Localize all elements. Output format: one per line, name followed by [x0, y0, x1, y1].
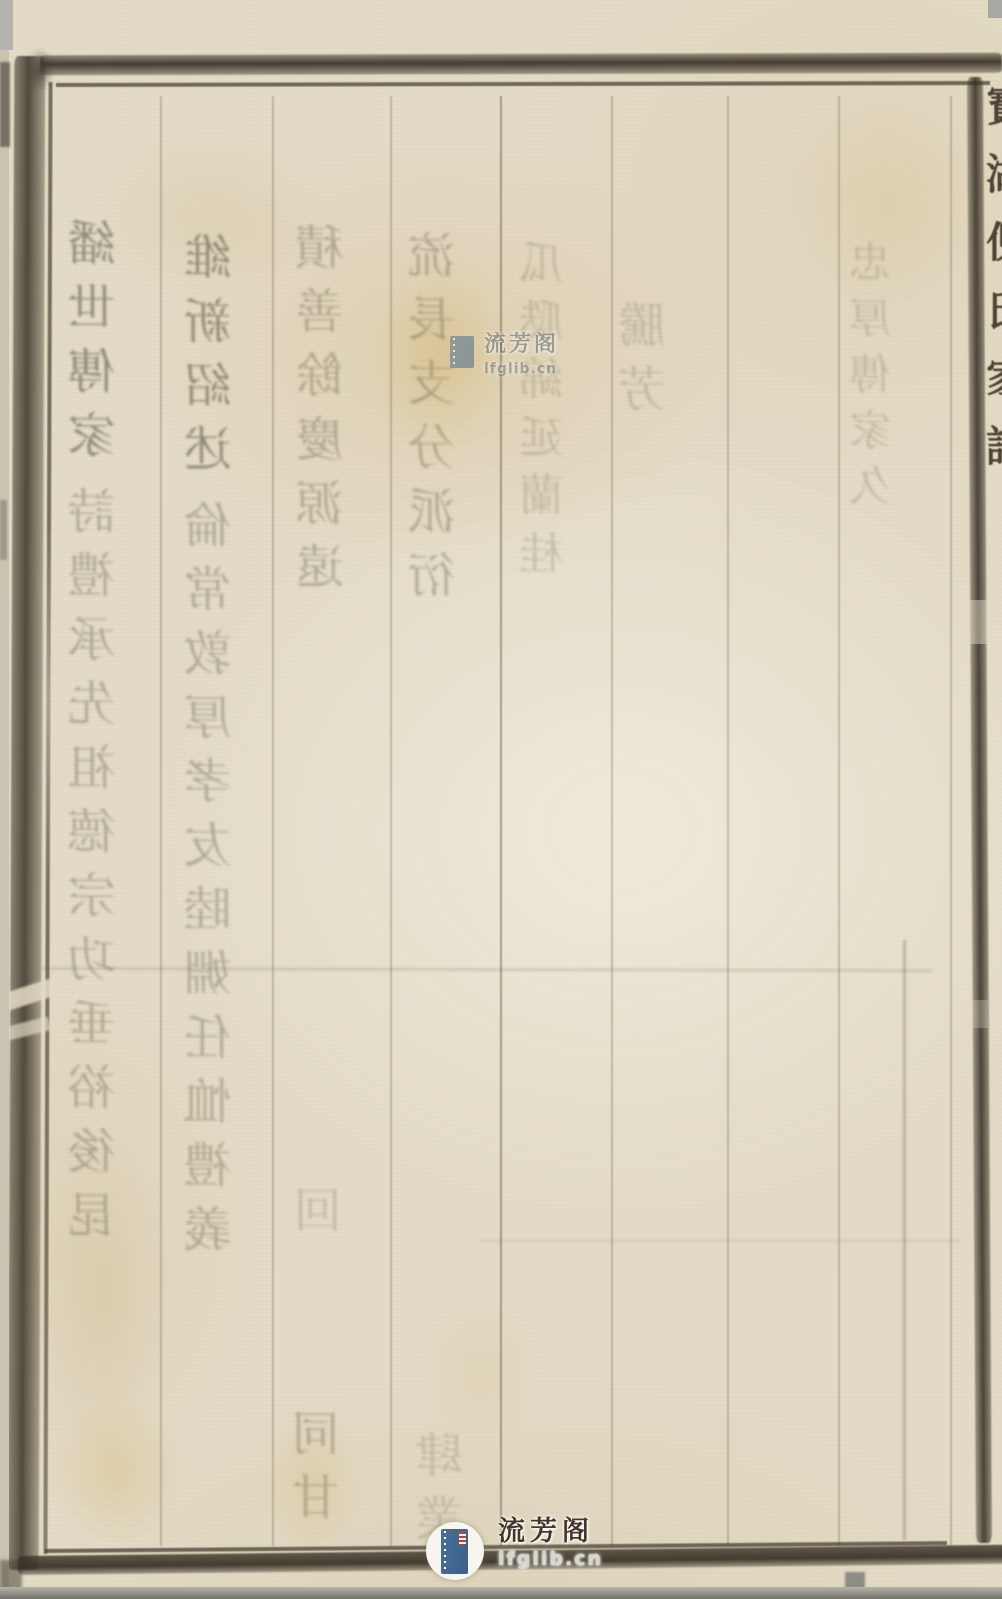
watermark-site-name: 流芳阁	[484, 334, 559, 356]
paper-stain	[52, 1395, 182, 1545]
column-rule-line	[611, 96, 613, 1546]
showthrough-text-column: 流長支分派衍	[412, 230, 460, 614]
watermark-circle-badge	[426, 1522, 484, 1580]
showthrough-text-column: 積善餘慶源遠	[300, 222, 348, 606]
watermark-site-name: 流芳阁	[498, 1518, 594, 1545]
book-spine-stitch	[453, 338, 455, 366]
watermark-site-domain: lfglib.cn	[484, 362, 557, 376]
book-title-label	[459, 1532, 466, 1545]
book-icon	[441, 1529, 468, 1574]
book-spine-title-text: 寶湖倪氏家譜	[983, 84, 1002, 492]
scan-edge-mark	[0, 62, 10, 147]
showthrough-text-column: 騰芳	[622, 300, 670, 428]
showthrough-text-column: 同甘	[296, 1408, 344, 1536]
column-rule-line	[727, 96, 729, 1546]
frame-border-left-outer	[8, 56, 46, 1570]
column-rule-line	[390, 96, 392, 1546]
book-spine-stitch	[444, 1531, 446, 1571]
scan-edge-mark	[0, 500, 7, 560]
showthrough-text-column: 忠厚傳家久	[852, 240, 894, 520]
showthrough-text-column: 瓜瓞綿延蘭桂	[524, 240, 568, 588]
frame-corner-hook	[26, 48, 54, 92]
column-rule-line	[838, 96, 840, 1546]
showthrough-text-column: 維新紹述	[188, 232, 236, 488]
showthrough-text-column: 繙世傳家	[72, 218, 120, 474]
column-rule-line	[272, 96, 274, 1546]
scan-edge-top-right	[988, 0, 1002, 18]
paper-stain	[420, 1300, 540, 1440]
book-icon	[450, 336, 474, 368]
scan-edge-left	[0, 46, 9, 1591]
right-border-break	[964, 1000, 988, 1028]
frame-border-top-outer	[40, 53, 1002, 76]
site-watermark-top: 流芳阁 lfglib.cn	[448, 332, 598, 392]
column-rule-line	[160, 96, 162, 1546]
book-spine-title-clipped: 寶湖倪氏家譜	[980, 84, 1002, 644]
watermark-site-domain: lfglib.cn	[498, 1550, 603, 1569]
site-watermark-bottom: 流芳阁 lfglib.cn	[420, 1500, 610, 1585]
scan-edge-bottom	[0, 1587, 1002, 1599]
scanned-page: 繙世傳家 詩禮承先祖德宗功垂裕後昆 維新紹述 倫常敦厚孝友睦婣任恤禮義 積善餘慶…	[0, 0, 1002, 1599]
column-rule-line	[950, 96, 952, 1546]
showthrough-text-column: 倫常敦厚孝友睦婣任恤禮義	[188, 500, 236, 1268]
showthrough-text-column: 回	[298, 1185, 346, 1249]
showthrough-text-column: 詩禮承先祖德宗功垂裕後昆	[72, 486, 120, 1254]
fold-crease-horizontal	[480, 1240, 960, 1242]
column-rule-line	[500, 96, 502, 1546]
scan-edge-top-left	[0, 0, 13, 50]
